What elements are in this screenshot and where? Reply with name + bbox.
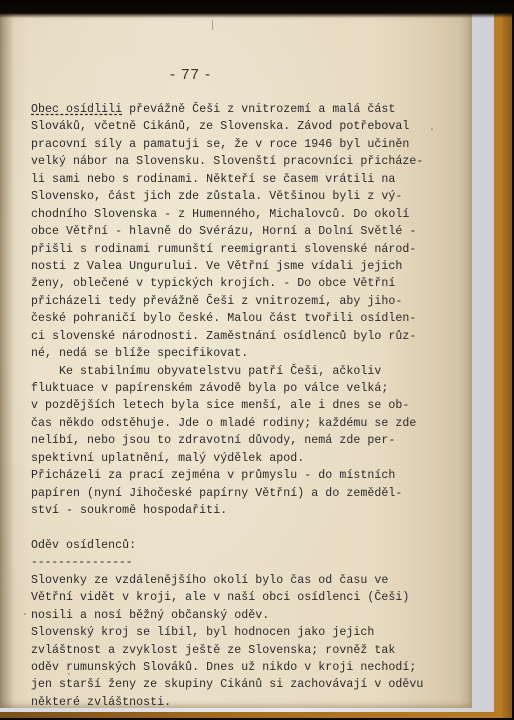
paragraph-line: nosili a nosí běžný občanský oděv.	[31, 607, 451, 624]
paragraph-line: Ke stabilnímu obyvatelstvu patří Češi, a…	[31, 363, 451, 380]
paragraph-line: nosti z Valea Ungurului. Ve Větřní jsme …	[31, 258, 451, 275]
paragraph-line: Slovensko, část jich zde zůstala. Většin…	[31, 188, 451, 205]
blank-line	[31, 520, 451, 537]
paragraph-line: li sami nebo s rodinami. Někteří se čase…	[31, 171, 451, 188]
heading-rule: ---------------	[31, 554, 451, 571]
paragraph-line: v pozdějších letech byla sice menší, ale…	[31, 397, 451, 414]
paragraph-line: Přicházeli za prací zejména v průmyslu -…	[31, 467, 451, 484]
paragraph-line: ženy, oblečené v typických krojích. - Do…	[31, 275, 451, 292]
paragraph-line: jen starší ženy ze skupiny Cikánů si zac…	[31, 676, 451, 693]
paragraph-line: fluktuace v papírenském závodě byla po v…	[31, 380, 451, 397]
paper-mark	[212, 20, 213, 30]
paper-speck	[24, 613, 26, 615]
scanned-book-page: - 77 - Obec osídlili převážně Češi z vni…	[0, 0, 514, 720]
top-shadow	[0, 0, 514, 18]
paragraph-line: Slovenský kroj se líbil, byl hodnocen ja…	[31, 624, 451, 641]
paragraph-line: papíren (nyní Jihočeské papírny Větřní) …	[31, 485, 451, 502]
typewritten-body: Obec osídlili převážně Češi z vnitrozemí…	[31, 101, 451, 711]
paragraph-line: zvláštnost a zvyklost ještě ze Slovenska…	[31, 642, 451, 659]
paragraph-line: spektivní uplatnění, malý výdělek apod.	[31, 450, 451, 467]
paragraph-line: přišli s rodinami rumunští reemigranti s…	[31, 241, 451, 258]
underlined-lead-phrase: Obec osídlili	[31, 103, 122, 116]
paragraph-line: velký nábor na Slovensku. Slovenští prac…	[31, 153, 451, 170]
paragraph-line: Obec osídlili převážně Češi z vnitrozemí…	[31, 101, 451, 118]
paragraph-line: Slovenky ze vzdálenějšího okolí bylo čas…	[31, 572, 451, 589]
page-gutter-shadow	[0, 14, 14, 708]
section-heading: Oděv osídlenců:	[31, 537, 451, 554]
paragraph-line: oděv rumunských Slováků. Dnes už nikdo v…	[31, 659, 451, 676]
paragraph-line: pracovní síly a pamatuji se, že v roce 1…	[31, 136, 451, 153]
paragraph-line: české pohraničí bylo české. Malou část t…	[31, 310, 451, 327]
paragraph-line: nelíbí, nebo jsou to zdravotní důvody, n…	[31, 432, 451, 449]
book-cover-edge	[502, 6, 512, 718]
paragraph-line: né, nedá se blíže specifikovat.	[31, 345, 451, 362]
paragraph-line: čas někdo odstěhuje. Jde o mladé rodiny;…	[31, 415, 451, 432]
page-number: - 77 -	[170, 66, 211, 83]
paragraph-line: ství - soukromě hospodařiti.	[31, 502, 451, 519]
paragraph-line: obce Větřní - hlavně do Svérázu, Horní a…	[31, 223, 451, 240]
paragraph-line: Větřní vidět v kroji, ale v naší obci os…	[31, 589, 451, 606]
paragraph-line: chodního Slovenska - z Humenného, Michal…	[31, 206, 451, 223]
paragraph-line: přicházeli tedy převážně Češi z vnitroze…	[31, 293, 451, 310]
paragraph-line: Slováků, včetně Cikánů, ze Slovenska. Zá…	[31, 118, 451, 135]
paragraph-line: některé zvláštnosti.	[31, 694, 451, 711]
line-text: převážně Češi z vnitrozemí a malá část	[122, 103, 395, 116]
paragraph-line: ci slovenské národnosti. Zaměstnání osíd…	[31, 328, 451, 345]
